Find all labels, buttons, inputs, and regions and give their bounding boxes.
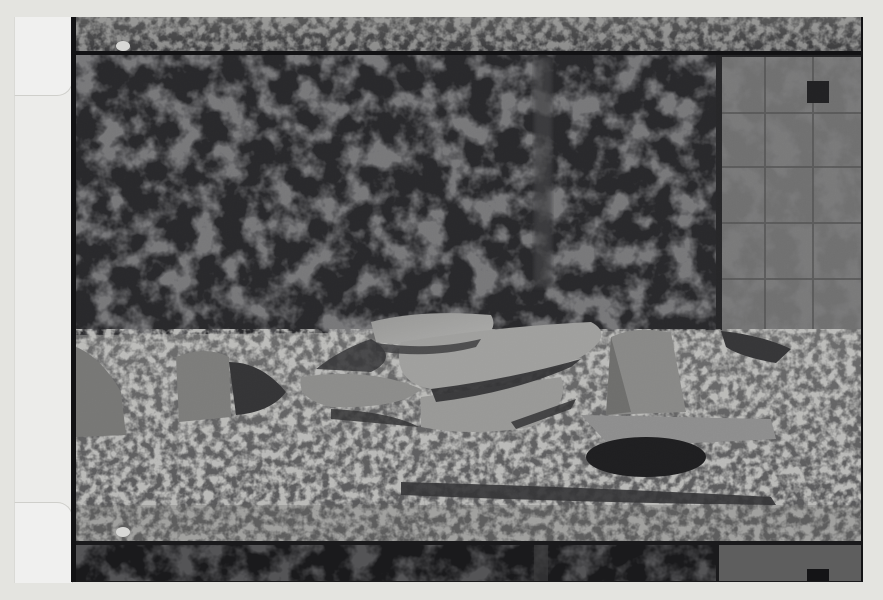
film-strip bbox=[71, 17, 863, 582]
main-frame bbox=[76, 55, 861, 540]
previous-frame-edge bbox=[76, 17, 861, 51]
leader-tab-top bbox=[14, 17, 73, 96]
film-photo bbox=[71, 17, 863, 582]
leader-tab-bottom bbox=[14, 502, 73, 583]
film-leader bbox=[14, 17, 73, 582]
next-frame-edge bbox=[76, 505, 861, 582]
